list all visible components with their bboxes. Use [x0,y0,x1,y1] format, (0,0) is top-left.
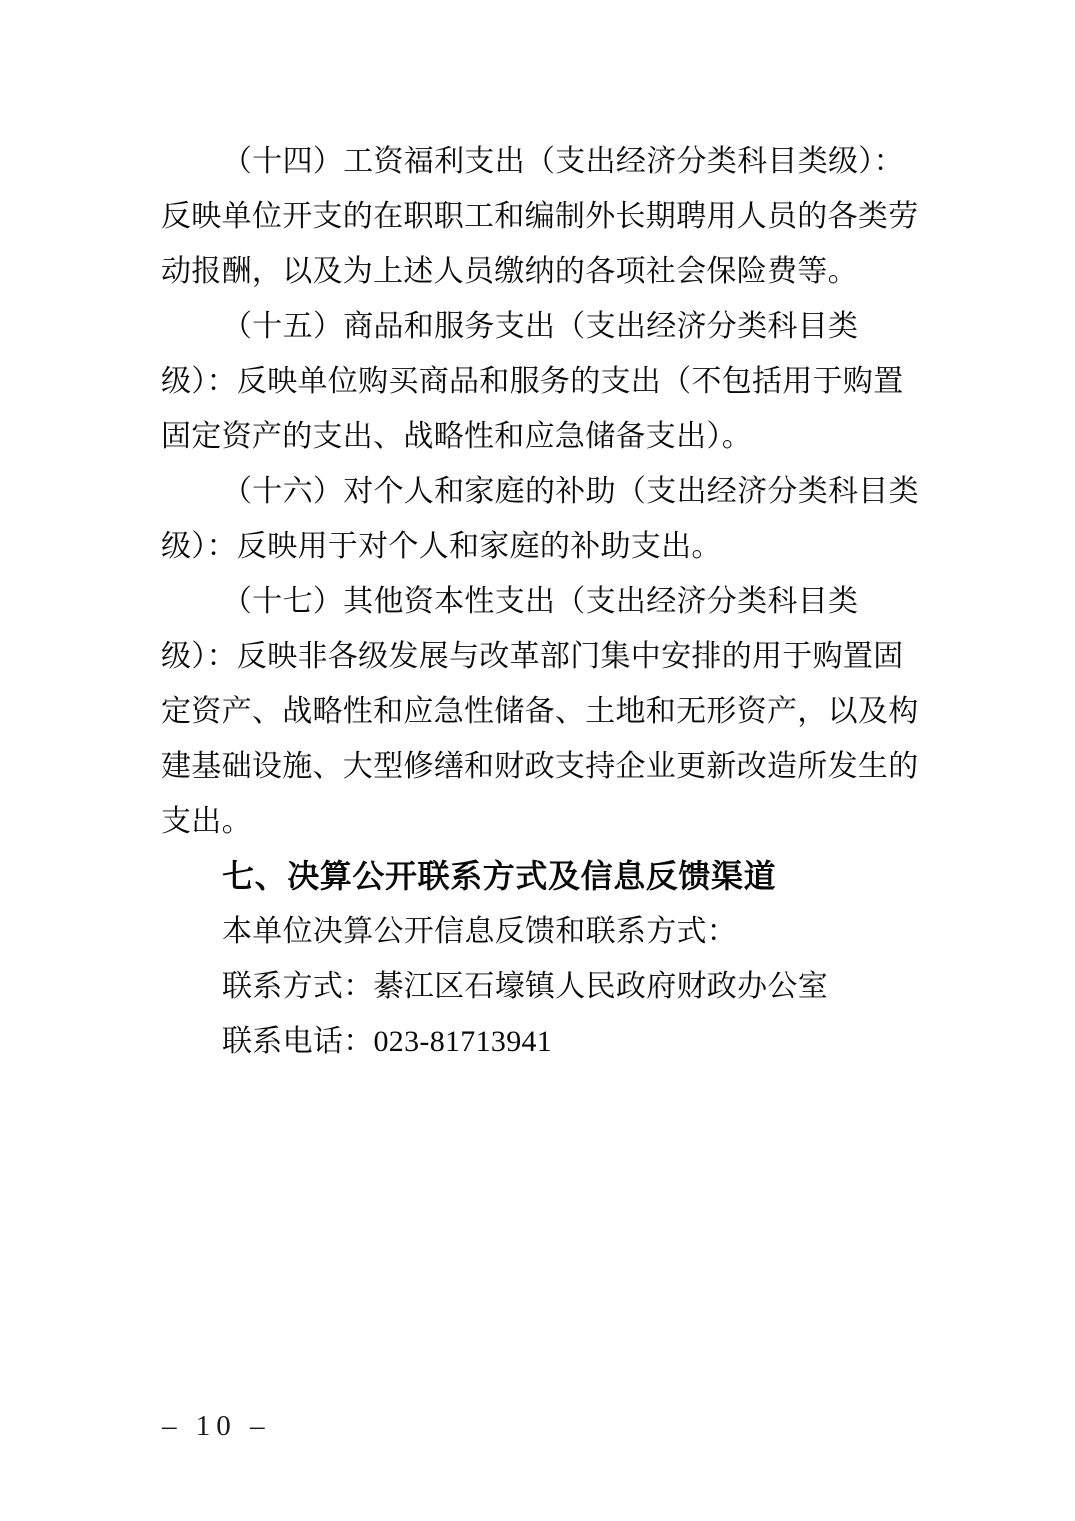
contact-method-line: 联系方式：綦江区石壕镇人民政府财政办公室 [161,959,923,1014]
document-body: （十四）工资福利支出（支出经济分类科目类级）： 反映单位开支的在职职工和编制外长… [161,134,923,1069]
contact-intro-line: 本单位决算公开信息反馈和联系方式： [161,904,923,959]
section-heading: 七、决算公开联系方式及信息反馈渠道 [161,849,923,904]
document-page: （十四）工资福利支出（支出经济分类科目类级）： 反映单位开支的在职职工和编制外长… [0,0,1075,1521]
paragraph-item-16-line: （十六）对个人和家庭的补助（支出经济分类科目类 [161,464,923,519]
paragraph-item-15-line: 级）：反映单位购买商品和服务的支出（不包括用于购置 [161,354,923,409]
paragraph-item-15-line: 固定资产的支出、战略性和应急储备支出）。 [161,409,923,464]
paragraph-item-15-line: （十五）商品和服务支出（支出经济分类科目类 [161,299,923,354]
paragraph-item-17-line: 支出。 [161,794,923,849]
paragraph-item-17-line: 建基础设施、大型修缮和财政支持企业更新改造所发生的 [161,739,923,794]
paragraph-item-14-line: （十四）工资福利支出（支出经济分类科目类级）： [161,134,923,189]
paragraph-item-16-line: 级）：反映用于对个人和家庭的补助支出。 [161,519,923,574]
paragraph-item-14-line: 反映单位开支的在职职工和编制外长期聘用人员的各类劳 [161,189,923,244]
paragraph-item-14-line: 动报酬，以及为上述人员缴纳的各项社会保险费等。 [161,244,923,299]
document-page-background: { "document": { "paragraphs": [ { "id": … [0,0,1075,1521]
page-number: – 10 – [162,1404,271,1449]
paragraph-item-17-line: 定资产、战略性和应急性储备、土地和无形资产，以及构 [161,684,923,739]
paragraph-item-17-line: 级）：反映非各级发展与改革部门集中安排的用于购置固 [161,629,923,684]
contact-phone-line: 联系电话：023-81713941 [161,1014,923,1069]
paragraph-item-17-line: （十七）其他资本性支出（支出经济分类科目类 [161,574,923,629]
